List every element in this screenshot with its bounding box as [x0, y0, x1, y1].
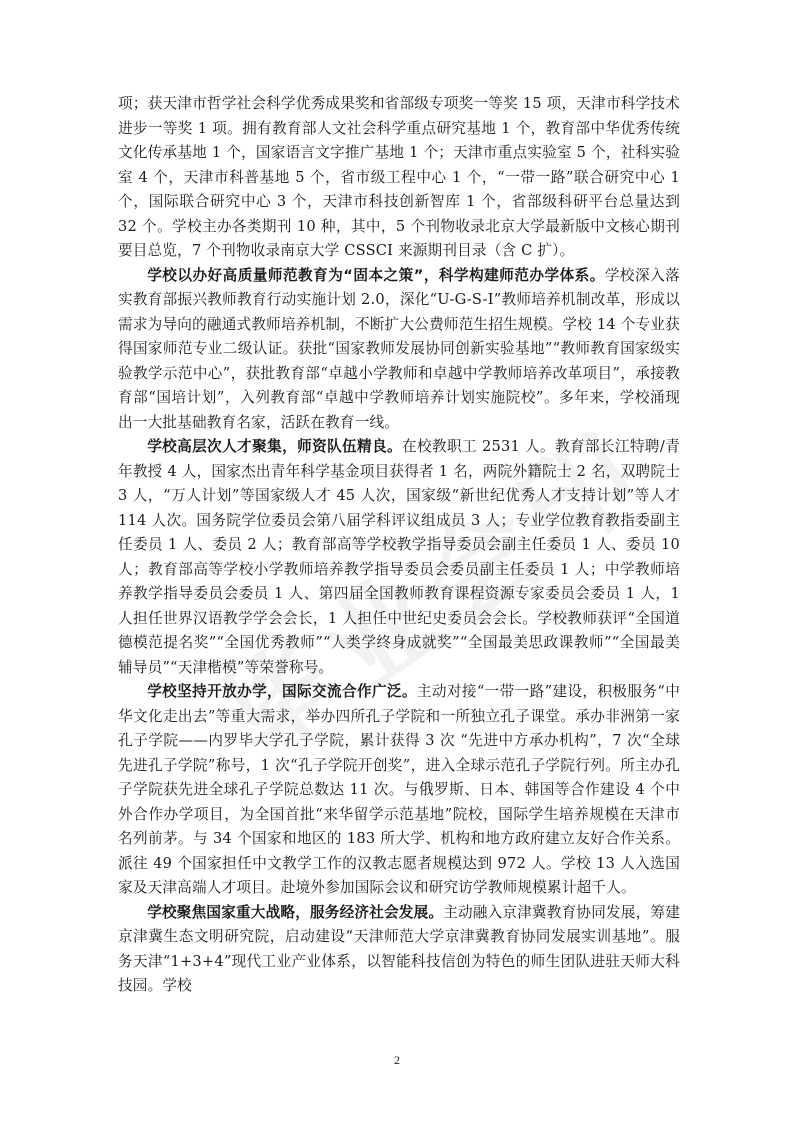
paragraph-teacher-education: 学校以办好高质量师范教育为“固本之策”，科学构建师范办学体系。学校深入落实教育部…: [118, 264, 680, 436]
paragraph-research-platforms: 项；获天津市哲学社会科学优秀成果奖和省部级专项奖一等奖 15 项，天津市科学技术…: [118, 92, 680, 264]
page-number: 2: [0, 1053, 794, 1068]
paragraph-body: 主动对接“一带一路”建设，积极服务“中华文化走出去”等重大需求，举办四所孔子学院…: [118, 683, 680, 896]
document-page: 项；获天津市哲学社会科学优秀成果奖和省部级专项奖一等奖 15 项，天津市科学技术…: [118, 92, 680, 999]
paragraph-international-exchange: 学校坚持开放办学，国际交流合作广泛。主动对接“一带一路”建设，积极服务“中华文化…: [118, 680, 680, 901]
paragraph-lead: 学校高层次人才聚集，师资队伍精良。: [147, 438, 402, 455]
paragraph-lead: 学校以办好高质量师范教育为“固本之策”，科学构建师范办学体系。: [147, 267, 605, 284]
paragraph-body: 项；获天津市哲学社会科学优秀成果奖和省部级专项奖一等奖 15 项，天津市科学技术…: [118, 95, 680, 259]
paragraph-lead: 学校聚焦国家重大战略，服务经济社会发展。: [147, 904, 443, 921]
paragraph-body: 学校深入落实教育部振兴教师教育行动实施计划 2.0，深化“U-G-S-I”教师培…: [118, 267, 680, 431]
paragraph-body: 在校教职工 2531 人。教育部长江特聘/青年教授 4 人，国家杰出青年科学基金…: [118, 438, 680, 676]
paragraph-lead: 学校坚持开放办学，国际交流合作广泛。: [147, 683, 417, 700]
paragraph-national-strategy: 学校聚焦国家重大战略，服务经济社会发展。主动融入京津冀教育协同发展，筹建京津冀生…: [118, 901, 680, 999]
paragraph-faculty: 学校高层次人才聚集，师资队伍精良。在校教职工 2531 人。教育部长江特聘/青年…: [118, 435, 680, 680]
